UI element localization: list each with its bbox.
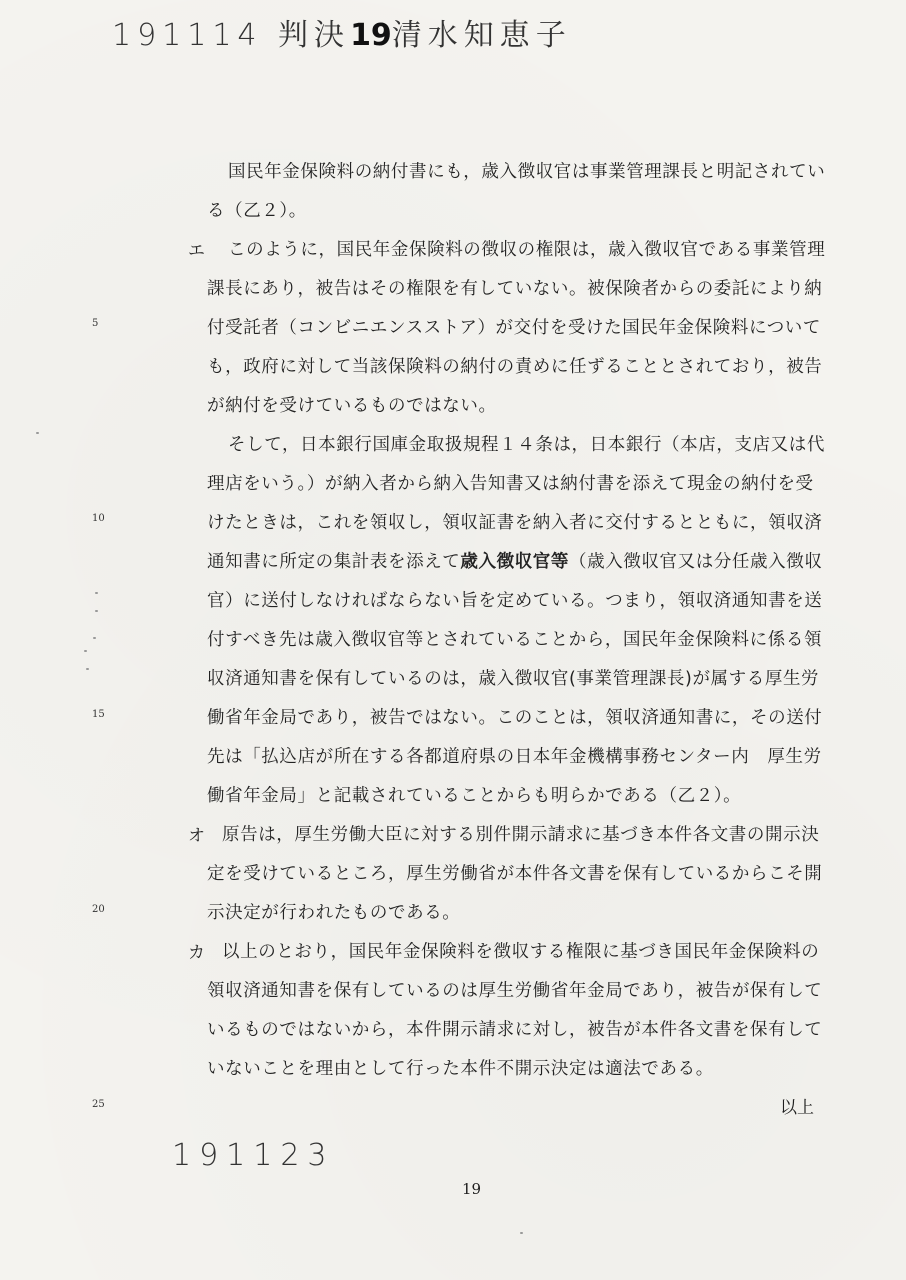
page-number: 19 xyxy=(462,1180,481,1198)
scan-speck xyxy=(93,637,96,639)
item-label-ka: カ xyxy=(188,938,205,963)
scan-speck xyxy=(95,592,98,594)
body-line: 収済通知書を保有しているのは，歳入徴収官(事業管理課長)が属する厚生労 xyxy=(207,665,819,690)
body-line: 国民年金保険料の納付書にも，歳入徴収官は事業管理課長と明記されてい xyxy=(228,158,825,183)
body-line: 先は「払込店が所在する各都道府県の日本年金機構事務センター内 厚生労 xyxy=(207,743,822,768)
handwritten-footer-note: 191123 xyxy=(172,1138,335,1173)
handwritten-header-note: 191114 判決19清水知恵子 xyxy=(112,10,572,54)
body-line: 原告は，厚生労働大臣に対する別件開示請求に基づき本件各文書の開示決 xyxy=(222,821,819,846)
line-number-15: 15 xyxy=(92,709,122,720)
body-line: 以上のとおり，国民年金保険料を徴収する権限に基づき国民年金保険料の xyxy=(222,938,819,963)
item-label-o: オ xyxy=(188,821,205,846)
line-number-10: 10 xyxy=(92,513,122,524)
body-text: 通知書に所定の集計表を添えて xyxy=(207,552,460,572)
line-number-20: 20 xyxy=(92,904,122,915)
body-line: 理店をいう。）が納入者から納入告知書又は納付書を添えて現金の納付を受 xyxy=(207,470,814,495)
body-line: 付受託者（コンビニエンスストア）が交付を受けた国民年金保険料について xyxy=(207,314,821,339)
body-line: けたときは，これを領収し，領収証書を納入者に交付するとともに，領収済 xyxy=(207,509,822,534)
handwritten-header-suffix: 清水知恵子 xyxy=(392,18,572,53)
body-line: 官）に送付しなければならない旨を定めている。つまり，領収済通知書を送 xyxy=(207,587,822,612)
handwritten-header-prefix: 191114 判決 xyxy=(112,18,350,53)
body-line: 課長にあり，被告はその権限を有していない。被保険者からの委託により納 xyxy=(207,275,822,300)
body-line-with-emphasis: 通知書に所定の集計表を添えて歳入徴収官等（歳入徴収官又は分任歳入徴収 xyxy=(207,548,822,573)
body-line: 定を受けているところ，厚生労働省が本件各文書を保有しているからこそ開 xyxy=(207,860,822,885)
scan-speck xyxy=(86,668,89,670)
body-line: 領収済通知書を保有しているのは厚生労働省年金局であり，被告が保有して xyxy=(207,977,822,1002)
body-line: 示決定が行われたものである。 xyxy=(207,899,460,924)
scan-speck xyxy=(84,650,87,652)
body-line: いないことを理由として行った本件不開示決定は適法である。 xyxy=(207,1055,714,1080)
body-line: いるものではないから，本件開示請求に対し，被告が本件各文書を保有して xyxy=(207,1016,822,1041)
emphasis-text: 歳入徴収官等 xyxy=(460,552,569,572)
body-line: そして，日本銀行国庫金取扱規程１４条は，日本銀行（本店，支店又は代 xyxy=(228,431,825,456)
item-label-e: エ xyxy=(188,236,205,261)
body-line: る（乙２）。 xyxy=(207,197,307,222)
body-line: このように，国民年金保険料の徴収の権限は，歳入徴収官である事業管理 xyxy=(228,236,825,261)
body-line: が納付を受けているものではない。 xyxy=(207,392,497,417)
body-line: 働省年金局であり，被告ではない。このことは，領収済通知書に，その送付 xyxy=(207,704,822,729)
scan-speck xyxy=(95,610,98,612)
body-line: 働省年金局」と記載されていることからも明らかである（乙２）。 xyxy=(207,782,741,807)
handwritten-header-number: 19 xyxy=(350,18,392,53)
closing-remark: 以上 xyxy=(780,1093,814,1118)
line-number-5: 5 xyxy=(92,318,122,329)
scan-speck xyxy=(520,1232,523,1234)
body-line: 付すべき先は歳入徴収官等とされていることから，国民年金保険料に係る領 xyxy=(207,626,822,651)
body-text: （歳入徴収官又は分任歳入徴収 xyxy=(569,552,822,572)
line-number-25: 25 xyxy=(92,1099,122,1110)
scan-speck xyxy=(36,432,39,434)
body-line: も，政府に対して当該保険料の納付の責めに任ずることとされており，被告 xyxy=(207,353,822,378)
